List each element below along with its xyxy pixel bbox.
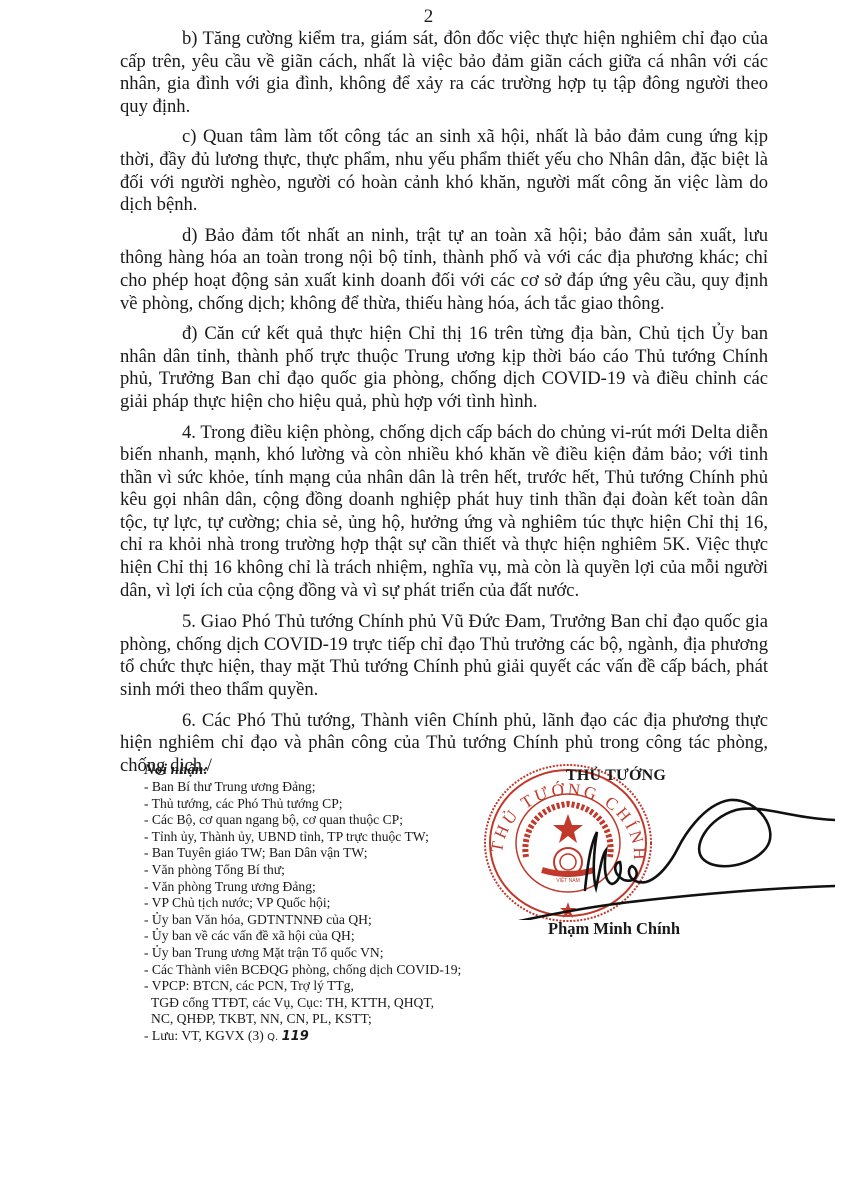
page-number: 2 <box>0 6 857 28</box>
signature-icon <box>490 770 835 920</box>
paragraph-b: b) Tăng cường kiểm tra, giám sát, đôn đố… <box>120 28 768 118</box>
archive-note: Q. <box>267 1032 278 1043</box>
recipient-item: - Ủy ban Văn hóa, GDTNTNNĐ của QH; <box>144 912 504 929</box>
archive-handwritten-count: 119 <box>282 1029 309 1044</box>
recipient-item: - Thủ tướng, các Phó Thủ tướng CP; <box>144 796 504 813</box>
archive-line: - Lưu: VT, KGVX (3) Q. 119 <box>144 1028 504 1047</box>
recipient-continuation: NC, QHĐP, TKBT, NN, CN, PL, KSTT; <box>144 1011 504 1028</box>
paragraph-4: 4. Trong điều kiện phòng, chống dịch cấp… <box>120 422 768 603</box>
recipients-block: Nơi nhận: - Ban Bí thư Trung ương Đảng; … <box>144 762 504 1047</box>
recipient-item: - VPCP: BTCN, các PCN, Trợ lý TTg, <box>144 978 504 995</box>
recipient-item: - Ủy ban Trung ương Mặt trận Tổ quốc VN; <box>144 945 504 962</box>
recipient-item: - Ủy ban về các vấn đề xã hội của QH; <box>144 928 504 945</box>
signer-name: Phạm Minh Chính <box>548 919 680 939</box>
recipient-item: - Ban Bí thư Trung ương Đảng; <box>144 779 504 796</box>
recipient-item: - Tỉnh ủy, Thành ủy, UBND tỉnh, TP trực … <box>144 829 504 846</box>
recipients-title: Nơi nhận: <box>144 762 504 779</box>
archive-label: - Lưu: VT, KGVX (3) <box>144 1028 264 1043</box>
recipient-item: - Văn phòng Tổng Bí thư; <box>144 862 504 879</box>
document-body: b) Tăng cường kiểm tra, giám sát, đôn đố… <box>120 28 768 785</box>
paragraph-5: 5. Giao Phó Thủ tướng Chính phủ Vũ Đức Đ… <box>120 611 768 701</box>
recipient-item: - Ban Tuyên giáo TW; Ban Dân vận TW; <box>144 845 504 862</box>
recipient-item: - Văn phòng Trung ương Đảng; <box>144 879 504 896</box>
recipient-continuation: TGĐ cổng TTĐT, các Vụ, Cục: TH, KTTH, QH… <box>144 995 504 1012</box>
recipient-item: - VP Chủ tịch nước; VP Quốc hội; <box>144 895 504 912</box>
paragraph-dd: đ) Căn cứ kết quả thực hiện Chỉ thị 16 t… <box>120 323 768 413</box>
paragraph-c: c) Quan tâm làm tốt công tác an sinh xã … <box>120 126 768 216</box>
recipient-item: - Các Bộ, cơ quan ngang bộ, cơ quan thuộ… <box>144 812 504 829</box>
paragraph-d: d) Bảo đảm tốt nhất an ninh, trật tự an … <box>120 225 768 315</box>
recipient-item: - Các Thành viên BCĐQG phòng, chống dịch… <box>144 962 504 979</box>
